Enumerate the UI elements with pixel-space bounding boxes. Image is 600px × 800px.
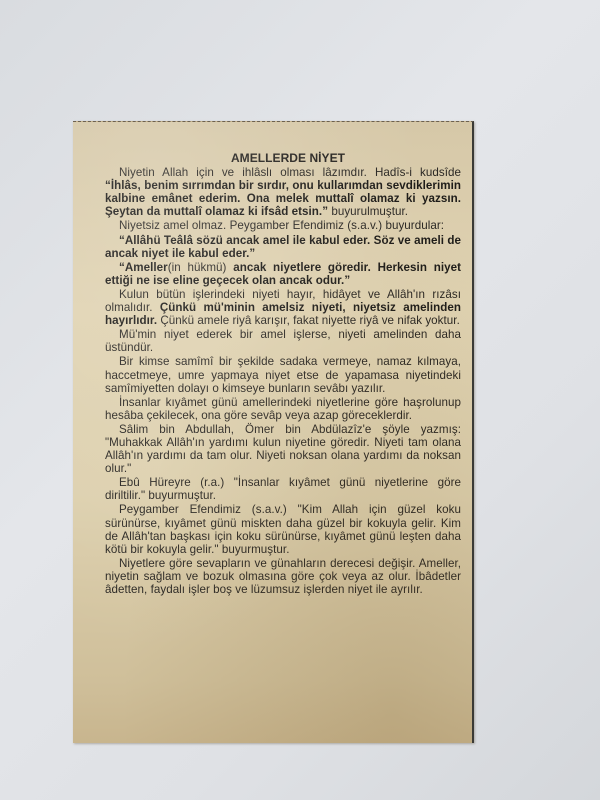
paragraph: İnsanlar kıyâmet günü amellerindeki niye… [105,396,461,422]
article-body: Niyetin Allah için ve ihlâslı olması lâz… [105,166,461,596]
text-segment: Bir kimse samîmî bir şekilde sadaka verm… [105,355,461,394]
text-segment: Sâlim bin Abdullah, Ömer bin Abdülazîz'e… [105,423,461,475]
text-segment: Peygamber Efendimiz (s.a.v.) "Kim Allah … [105,503,461,555]
paragraph: “Allâhü Teâlâ sözü ancak amel ile kabul … [105,234,461,260]
bold-quote: “Ameller [119,261,168,274]
paragraph: Peygamber Efendimiz (s.a.v.) "Kim Allah … [105,503,461,555]
text-segment: buyurulmuştur. [328,205,408,218]
paragraph: “Ameller(in hükmü) ancak niyetlere göred… [105,261,461,287]
paragraph: Niyetin Allah için ve ihlâslı olması lâz… [105,166,461,218]
paragraph: Sâlim bin Abdullah, Ömer bin Abdülazîz'e… [105,423,461,475]
paragraph: Mü'min niyet ederek bir amel işlerse, ni… [105,328,461,354]
text-segment: İnsanlar kıyâmet günü amellerindeki niye… [105,396,461,422]
bleed-through-text [113,697,453,708]
article: AMELLERDE NİYET Niyetin Allah için ve ih… [105,152,461,597]
paragraph: Niyetlere göre sevapların ve günahların … [105,557,461,596]
text-segment: Niyetlere göre sevapların ve günahların … [105,557,461,596]
paragraph: Niyetsiz amel olmaz. Peygamber Efendimiz… [105,219,461,232]
paragraph: Ebû Hüreyre (r.a.) "İnsanlar kıyâmet gün… [105,476,461,502]
text-segment: Niyetin Allah için ve ihlâslı olması lâz… [119,166,461,179]
newspaper-clipping: AMELLERDE NİYET Niyetin Allah için ve ih… [73,121,474,743]
text-segment: Çünkü amele riyâ karışır, fakat niyette … [157,314,460,327]
text-segment: Mü'min niyet ederek bir amel işlerse, ni… [105,328,461,354]
paragraph: Bir kimse samîmî bir şekilde sadaka verm… [105,355,461,394]
article-title: AMELLERDE NİYET [105,152,461,165]
paragraph: Kulun bütün işlerindeki niyeti hayır, hi… [105,288,461,327]
bold-quote: “Allâhü Teâlâ sözü ancak amel ile kabul … [105,234,461,260]
text-segment: Niyetsiz amel olmaz. Peygamber Efendimiz… [119,219,444,232]
text-segment: Ebû Hüreyre (r.a.) "İnsanlar kıyâmet gün… [105,476,461,502]
text-segment: (in hükmü) [168,261,227,274]
